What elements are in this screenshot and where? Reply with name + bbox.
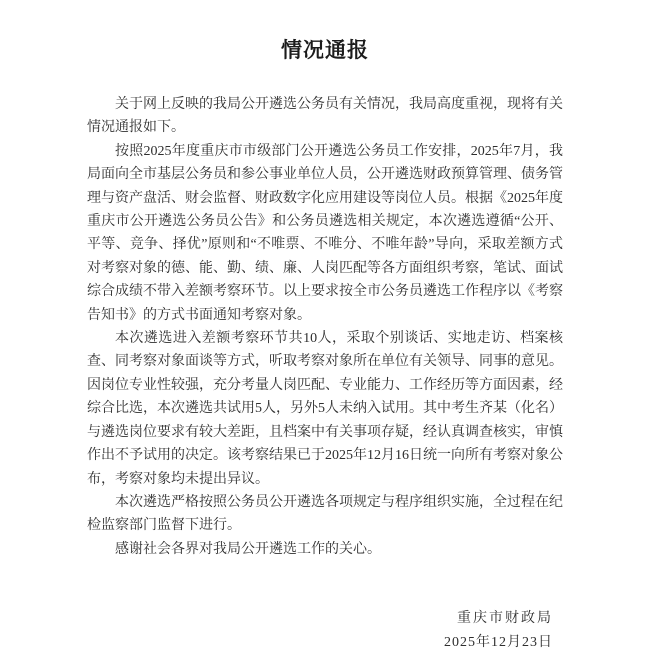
paragraph: 本次遴选进入差额考察环节共10人，采取个别谈话、实地走访、档案核查、同考察对象面… — [87, 327, 563, 491]
signature-block: 重庆市财政局 2025年12月23日 — [87, 607, 563, 655]
paragraph: 感谢社会各界对我局公开遴选工作的关心。 — [87, 538, 563, 561]
notice-page: 情况通报 关于网上反映的我局公开遴选公务员有关情况，我局高度重视，现将有关情况通… — [0, 0, 650, 667]
document-body: 关于网上反映的我局公开遴选公务员有关情况，我局高度重视，现将有关情况通报如下。按… — [87, 93, 563, 655]
signature-date: 2025年12月23日 — [87, 631, 553, 655]
document-title: 情况通报 — [0, 0, 650, 62]
paragraph: 关于网上反映的我局公开遴选公务员有关情况，我局高度重视，现将有关情况通报如下。 — [87, 93, 563, 140]
signature-issuer: 重庆市财政局 — [87, 607, 553, 631]
paragraph: 按照2025年度重庆市市级部门公开遴选公务员工作安排，2025年7月，我局面向全… — [87, 140, 563, 327]
paragraph: 本次遴选严格按照公务员公开遴选各项规定与程序组织实施，全过程在纪检监察部门监督下… — [87, 491, 563, 538]
paragraphs: 关于网上反映的我局公开遴选公务员有关情况，我局高度重视，现将有关情况通报如下。按… — [87, 93, 563, 561]
